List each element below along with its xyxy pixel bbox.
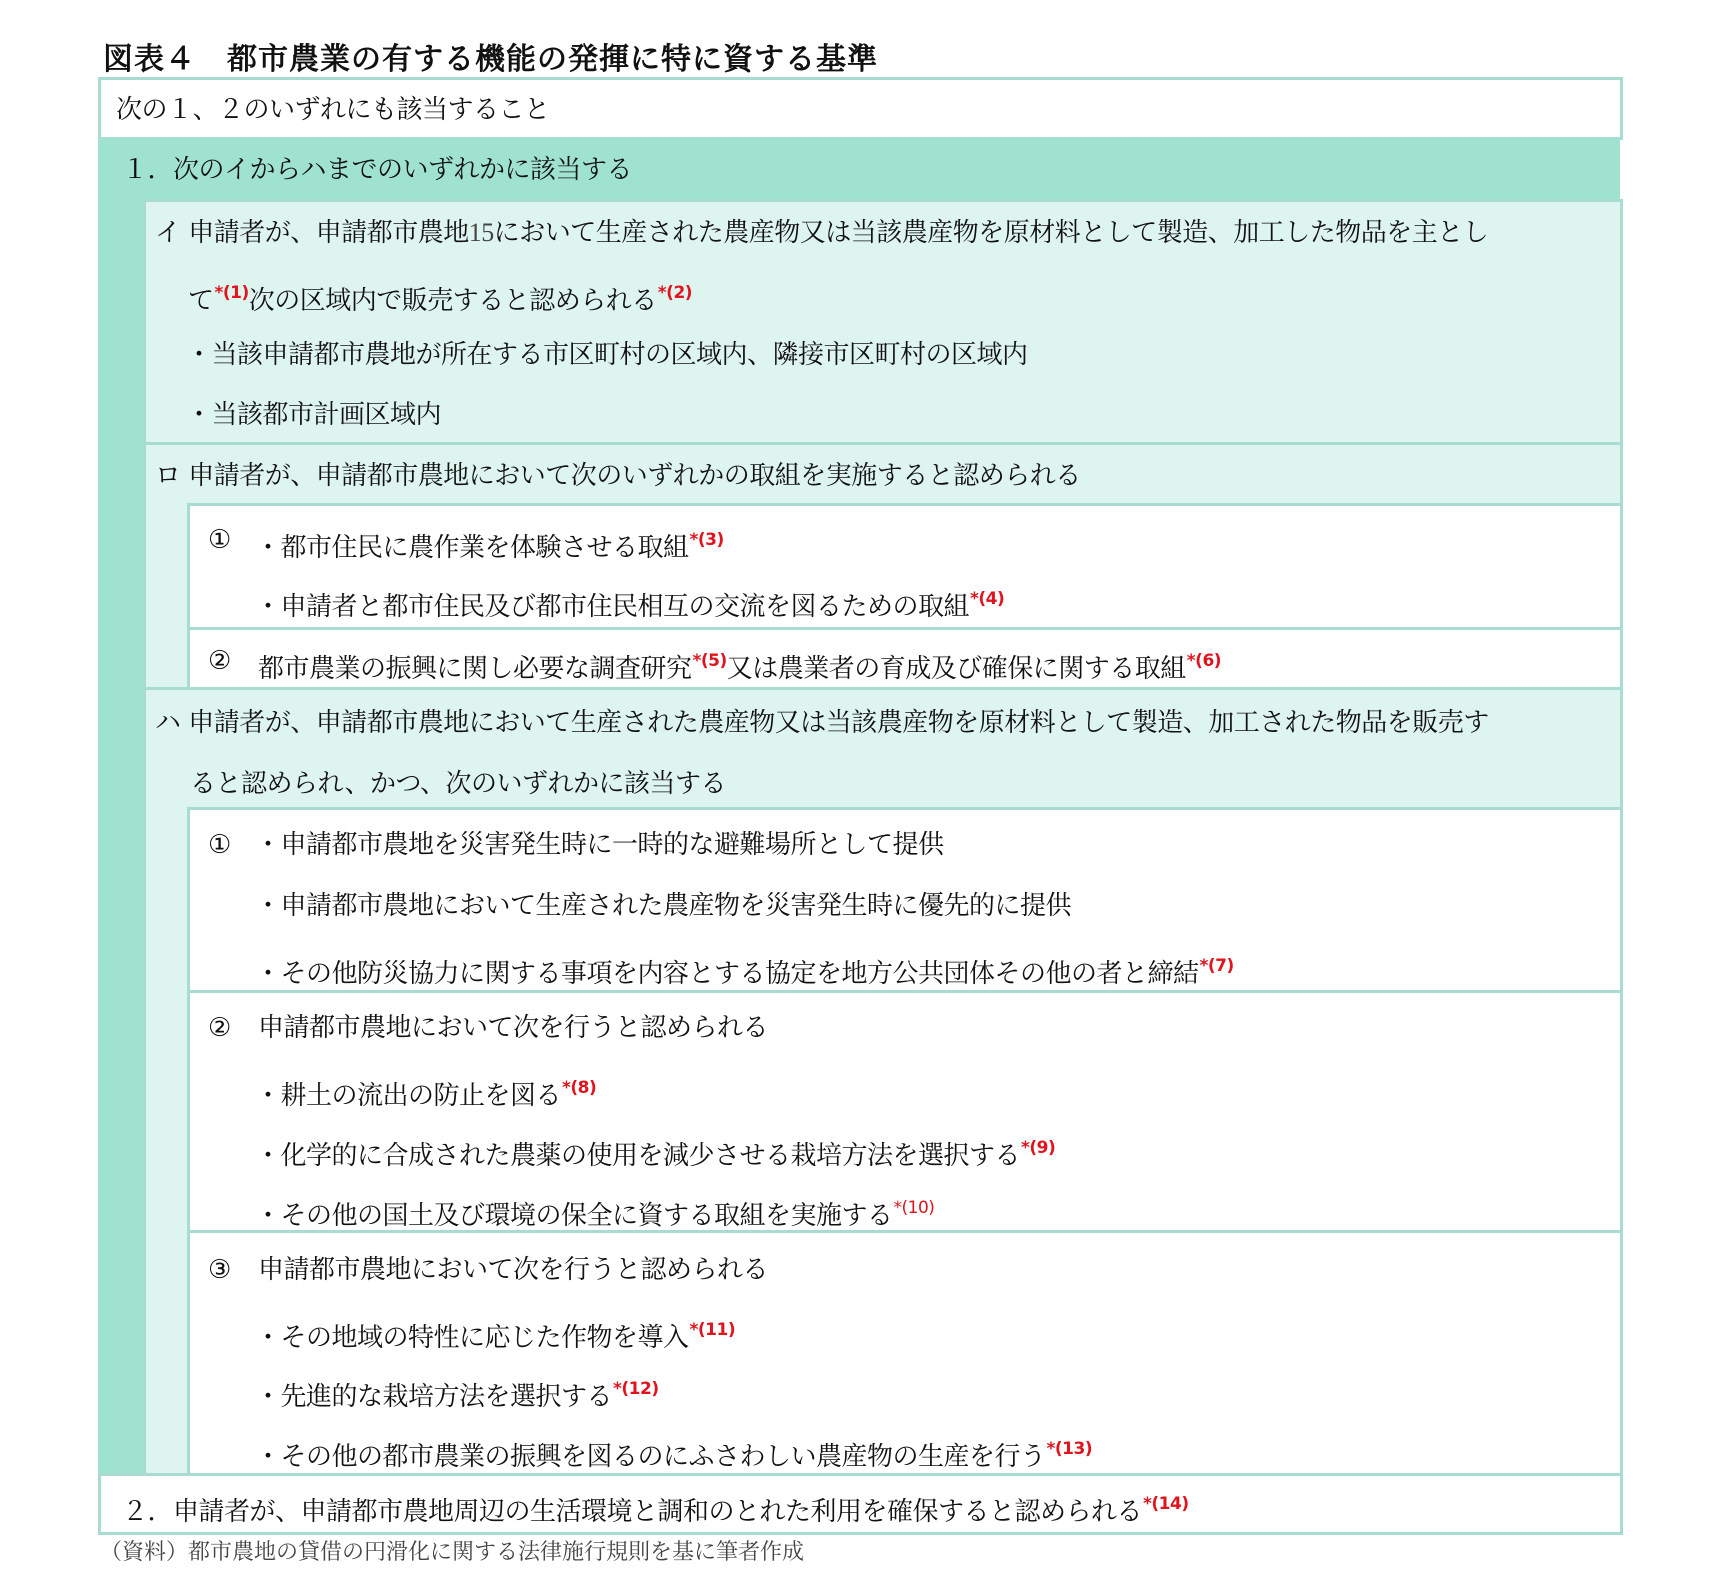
item-i-bullet-2: ・当該都市計画区域内 <box>186 398 441 432</box>
line-text: ・その他の国土及び環境の保全に資する取組を実施する <box>255 1201 893 1231</box>
item-ha-sub1-line-1: ・申請都市農地を災害発生時に一時的な避難場所として提供 <box>255 828 944 862</box>
footnote-marker-4: *(4) <box>970 589 1004 609</box>
footnote-marker-5: *(5) <box>693 651 727 671</box>
line-text: 都市農業の振興に関し必要な調査研究 <box>258 654 692 684</box>
line-text: ・申請都市農地において生産された農産物を災害発生時に優先的に提供 <box>255 891 1071 921</box>
line-text: ・先進的な栽培方法を選択する <box>255 1382 612 1412</box>
item-ha-sub2-line-2: ・化学的に合成された農薬の使用を減少させる栽培方法を選択する*(9) <box>255 1131 1055 1165</box>
source-note: （資料）都市農地の貸借の円滑化に関する法律施行規則を基に筆者作成 <box>100 1535 804 1566</box>
item-i-bullet-1: ・当該申請都市農地が所在する市区町村の区域内、隣接市区町村の区域内 <box>186 338 1028 372</box>
item-ha-sub3-line-2: ・先進的な栽培方法を選択する*(12) <box>255 1372 659 1406</box>
item-ha-sub3-line-1: ・その地域の特性に応じた作物を導入*(11) <box>255 1313 735 1347</box>
item-ha-heading-2: ると認められ、かつ、次のいずれかに該当する <box>190 767 726 801</box>
item2-label: ２．申請者が、申請都市農地周辺の生活環境と調和のとれた利用を確保すると認められる… <box>122 1487 1189 1521</box>
item-i-text: 次の区域内で販売すると認められる <box>249 286 657 316</box>
item-ha-sub3-line-3: ・その他の都市農業の振興を図るのにふさわしい農産物の生産を行う*(13) <box>255 1432 1092 1466</box>
item-ha-sub1-line-3: ・その他防災協力に関する事項を内容とする協定を地方公共団体その他の者と締結*(7… <box>255 949 1234 983</box>
item-i-text: イ 申請者が、申請都市農地 <box>155 218 469 248</box>
footnote-marker-10: *(10) <box>894 1198 935 1218</box>
item2-text: ２．申請者が、申請都市農地周辺の生活環境と調和のとれた利用を確保すると認められる <box>122 1497 1142 1527</box>
line-text: ・申請都市農地を災害発生時に一時的な避難場所として提供 <box>255 830 944 860</box>
footnote-marker-7: *(7) <box>1200 956 1234 976</box>
item-ro-sub2-marker: ② <box>208 644 231 678</box>
item-ro-sub1-line-2: ・申請者と都市住民及び都市住民相互の交流を図るための取組*(4) <box>255 582 1004 616</box>
item-i-line-1: イ 申請者が、申請都市農地15において生産された農産物又は当該農産物を原材料とし… <box>155 216 1488 250</box>
footnote-marker-14: *(14) <box>1143 1494 1189 1514</box>
item-ha-sub2-heading: 申請都市農地において次を行うと認められる <box>258 1011 768 1045</box>
footnote-marker-12: *(12) <box>613 1379 659 1399</box>
item-ha-sub2-line-1: ・耕土の流出の防止を図る*(8) <box>255 1071 596 1105</box>
line-text: ・化学的に合成された農薬の使用を減少させる栽培方法を選択する <box>255 1141 1020 1171</box>
item-ha-sub1-line-2: ・申請都市農地において生産された農産物を災害発生時に優先的に提供 <box>255 889 1071 923</box>
footnote-marker-11: *(11) <box>690 1320 736 1340</box>
footnote-marker-6: *(6) <box>1187 651 1221 671</box>
line-text: ・その他防災協力に関する事項を内容とする協定を地方公共団体その他の者と締結 <box>255 959 1199 989</box>
item-ro-sub1-marker: ① <box>208 523 231 557</box>
line-text: ・都市住民に農作業を体験させる取組 <box>255 533 689 563</box>
line-text: ・その地域の特性に応じた作物を導入 <box>255 1323 689 1353</box>
item-i-text: て <box>188 286 214 316</box>
item-ha-sub2-line-3: ・その他の国土及び環境の保全に資する取組を実施する*(10) <box>255 1191 934 1225</box>
line-text: 又は農業者の育成及び確保に関する取組 <box>727 654 1186 684</box>
footnote-marker-8: *(8) <box>562 1078 596 1098</box>
item-ha-sub1-marker: ① <box>208 828 231 862</box>
footnote-marker-13: *(13) <box>1047 1439 1093 1459</box>
footnote-marker-9: *(9) <box>1021 1138 1055 1158</box>
footnote-marker-3: *(3) <box>690 530 724 550</box>
item-ro-sub2-line: 都市農業の振興に関し必要な調査研究*(5)又は農業者の育成及び確保に関する取組*… <box>258 644 1221 678</box>
item1-label: １．次のイからハまでのいずれかに該当する <box>122 153 632 187</box>
footnote-ref-15: 15 <box>469 218 494 247</box>
footnote-marker-1: *(1) <box>215 283 249 303</box>
item-ha-sub3-heading: 申請都市農地において次を行うと認められる <box>258 1253 768 1287</box>
item-ro-sub1-line-1: ・都市住民に農作業を体験させる取組*(3) <box>255 523 724 557</box>
item-ha-sub2-marker: ② <box>208 1011 231 1045</box>
item-ha-sub3-marker: ③ <box>208 1253 231 1287</box>
item-ro-heading: ロ 申請者が、申請都市農地において次のいずれかの取組を実施すると認められる <box>155 459 1081 493</box>
item-i-text-cont: において生産された農産物又は当該農産物を原材料として製造、加工した物品を主とし <box>494 218 1489 248</box>
item-i-line-2: て*(1)次の区域内で販売すると認められる*(2) <box>188 276 692 310</box>
item-ha-heading-1: ハ 申請者が、申請都市農地において生産された農産物又は当該農産物を原材料として製… <box>155 706 1489 740</box>
line-text: ・申請者と都市住民及び都市住民相互の交流を図るための取組 <box>255 592 969 622</box>
line-text: ・その他の都市農業の振興を図るのにふさわしい農産物の生産を行う <box>255 1442 1046 1472</box>
footnote-marker-2: *(2) <box>658 283 692 303</box>
header-text: 次の１、２のいずれにも該当すること <box>116 93 550 127</box>
figure-title: 図表４ 都市農業の有する機能の発揮に特に資する基準 <box>103 34 878 78</box>
line-text: ・耕土の流出の防止を図る <box>255 1081 561 1111</box>
